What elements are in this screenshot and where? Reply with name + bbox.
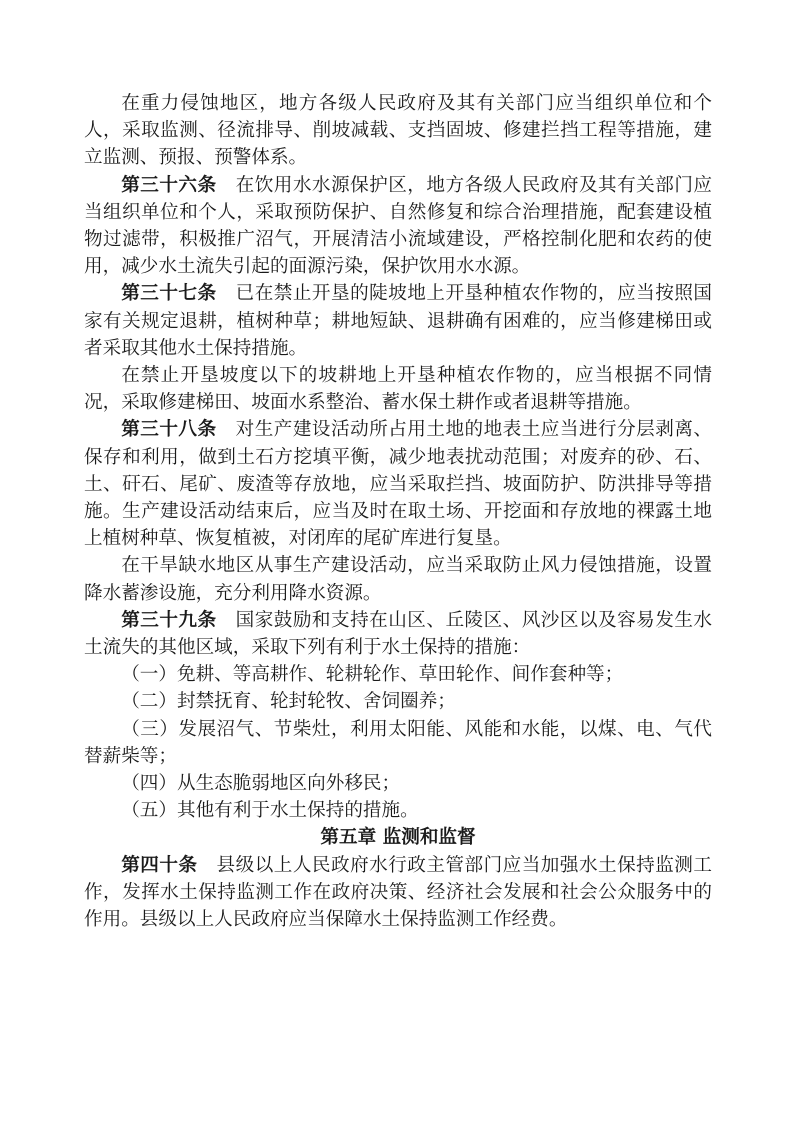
article-37: 第三十七条 已在禁止开垦的陡坡地上开垦种植农作物的，应当按照国家有关规定退耕，植… bbox=[84, 280, 712, 362]
list-item: （三）发展沼气、节柴灶，利用太阳能、风能和水能，以煤、电、气代替薪柴等； bbox=[84, 716, 712, 770]
list-item: （二）封禁抚育、轮封轮牧、舍饲圈养； bbox=[84, 688, 712, 715]
article-number: 第三十六条 bbox=[121, 175, 216, 196]
article-36: 第三十六条 在饮用水水源保护区，地方各级人民政府及其有关部门应当组织单位和个人，… bbox=[84, 172, 712, 281]
paragraph: 在禁止开垦坡度以下的坡耕地上开垦种植农作物的，应当根据不同情况，采取修建梯田、坡… bbox=[84, 362, 712, 416]
article-number: 第三十八条 bbox=[121, 419, 216, 440]
list-item: （四）从生态脆弱地区向外移民； bbox=[84, 770, 712, 797]
list-item: （五）其他有利于水土保持的措施。 bbox=[84, 797, 712, 824]
article-number: 第三十九条 bbox=[121, 610, 216, 631]
article-38: 第三十八条 对生产建设活动所占用土地的地表土应当进行分层剥离、保存和利用，做到土… bbox=[84, 416, 712, 552]
article-40: 第四十条 县级以上人民政府水行政主管部门应当加强水土保持监测工作，发挥水土保持监… bbox=[84, 852, 712, 934]
document-page: 在重力侵蚀地区，地方各级人民政府及其有关部门应当组织单位和个人，采取监测、径流排… bbox=[84, 90, 712, 933]
paragraph: 在干旱缺水地区从事生产建设活动，应当采取防止风力侵蚀措施，设置降水蓄渗设施，充分… bbox=[84, 552, 712, 606]
chapter-heading: 第五章 监测和监督 bbox=[84, 824, 712, 851]
article-39: 第三十九条 国家鼓励和支持在山区、丘陵区、风沙区以及容易发生水土流失的其他区域，… bbox=[84, 607, 712, 661]
list-item: （一）免耕、等高耕作、轮耕轮作、草田轮作、间作套种等； bbox=[84, 661, 712, 688]
paragraph: 在重力侵蚀地区，地方各级人民政府及其有关部门应当组织单位和个人，采取监测、径流排… bbox=[84, 90, 712, 172]
article-number: 第四十条 bbox=[121, 855, 197, 876]
article-number: 第三十七条 bbox=[121, 283, 216, 304]
